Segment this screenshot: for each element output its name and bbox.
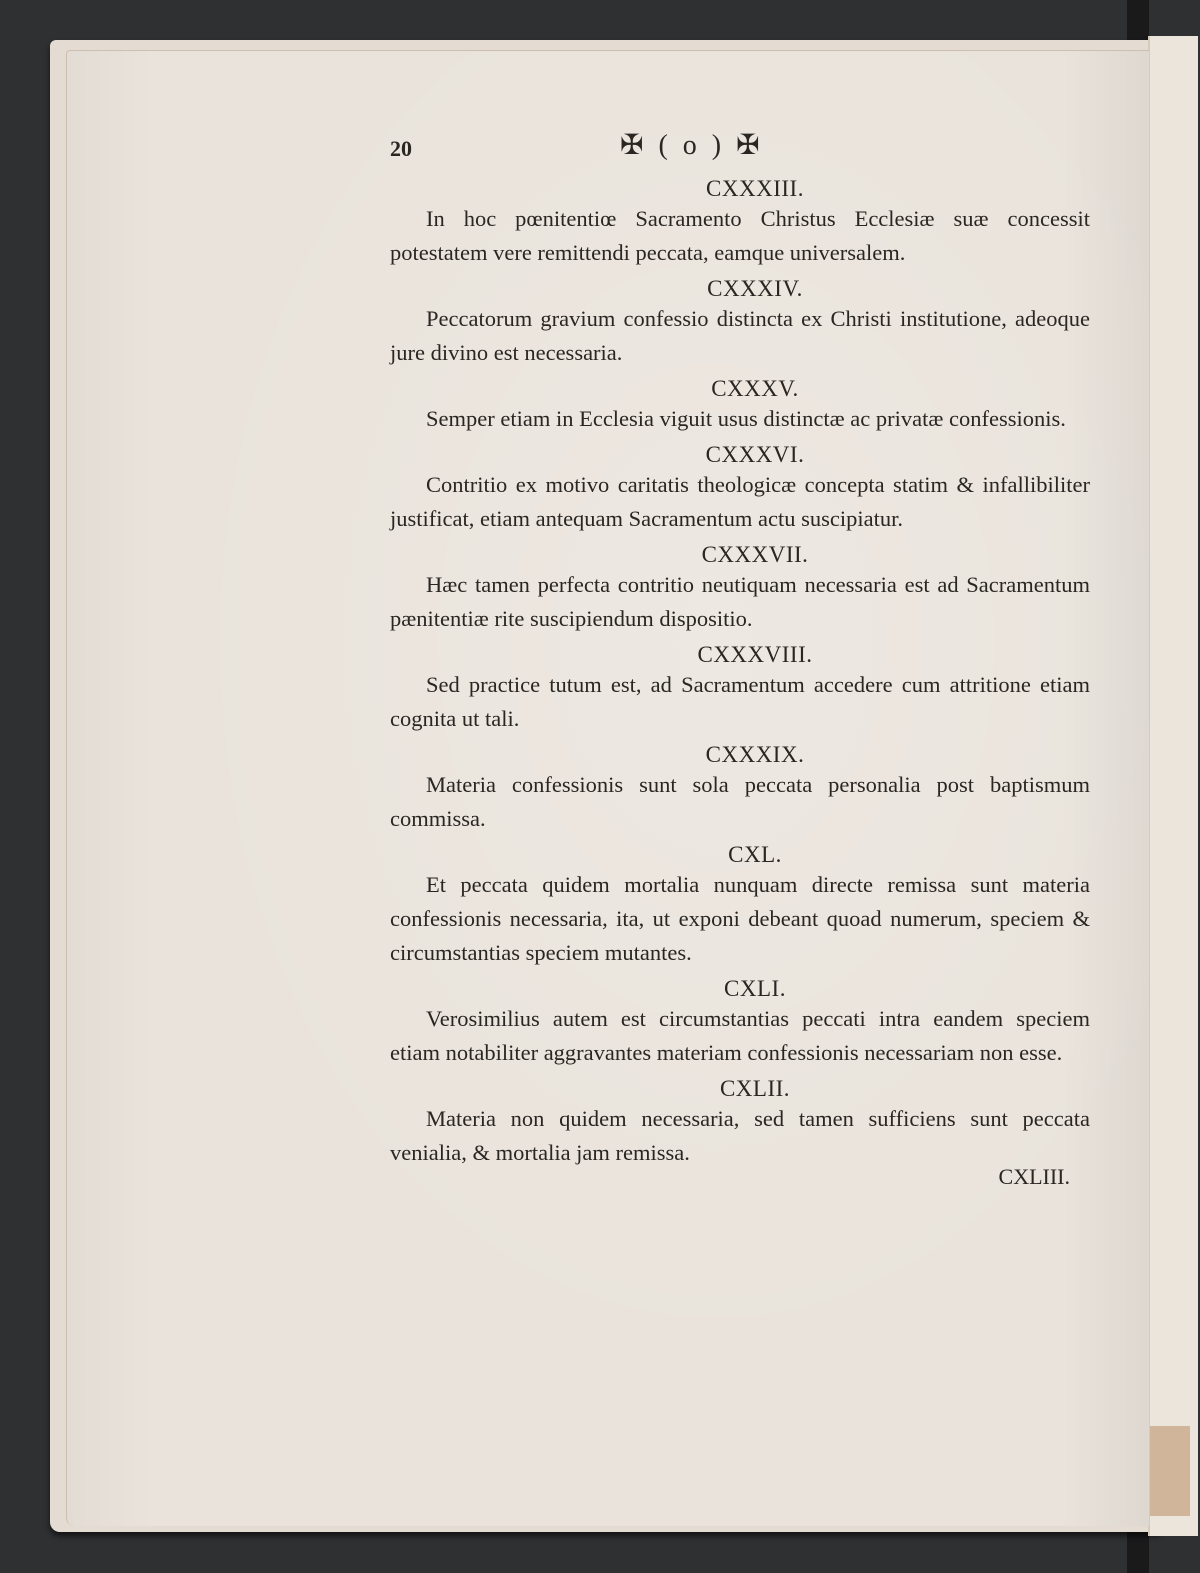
article-numeral: CXLI. [390,976,1090,1002]
article-text: Materia non quidem necessaria, sed tamen… [390,1102,1090,1170]
stain [1150,1426,1190,1516]
article: CXL. Et peccata quidem mortalia nunquam … [390,842,1090,970]
article: CXXXIV. Peccatorum gravium confessio dis… [390,276,1090,370]
article-numeral: CXXXVII. [390,542,1090,568]
article: CXXXVII. Hæc tamen perfecta contritio ne… [390,542,1090,636]
article-numeral: CXXXV. [390,376,1090,402]
article-text: Semper etiam in Ecclesia viguit usus dis… [390,402,1090,436]
article-numeral: CXXXVI. [390,442,1090,468]
article: CXXXV. Semper etiam in Ecclesia viguit u… [390,376,1090,436]
article: CXXXVI. Contritio ex motivo caritatis th… [390,442,1090,536]
article-text: Et peccata quidem mortalia nunquam direc… [390,868,1090,970]
page-text: 20 ✠ ( o ) ✠ CXXXIII. In hoc pœnitentiœ … [390,120,1090,1190]
article-numeral: CXL. [390,842,1090,868]
article-text: Peccatorum gravium confessio distincta e… [390,302,1090,370]
article-numeral: CXLII. [390,1076,1090,1102]
article: CXLII. Materia non quidem necessaria, se… [390,1076,1090,1170]
article-text: Materia confessionis sunt sola peccata p… [390,768,1090,836]
article: CXXXIII. In hoc pœnitentiœ Sacramento Ch… [390,176,1090,270]
page-header: 20 ✠ ( o ) ✠ [390,120,1090,170]
article-numeral: CXXXVIII. [390,642,1090,668]
article-numeral: CXXXIV. [390,276,1090,302]
article: CXLI. Verosimilius autem est circumstant… [390,976,1090,1070]
article-numeral: CXXXIII. [390,176,1090,202]
article: CXXXVIII. Sed practice tutum est, ad Sac… [390,642,1090,736]
article-text: Sed practice tutum est, ad Sacramentum a… [390,668,1090,736]
article-text: In hoc pœnitentiœ Sacramento Christus Ec… [390,202,1090,270]
article-text: Verosimilius autem est circumstantias pe… [390,1002,1090,1070]
page-number: 20 [390,136,412,162]
article-text: Hæc tamen perfecta contritio neutiquam n… [390,568,1090,636]
article: CXXXIX. Materia confessionis sunt sola p… [390,742,1090,836]
facing-page-edge [1148,36,1198,1536]
article-text: Contritio ex motivo caritatis theologicæ… [390,468,1090,536]
running-head: ✠ ( o ) ✠ [620,128,764,162]
article-numeral: CXXXIX. [390,742,1090,768]
